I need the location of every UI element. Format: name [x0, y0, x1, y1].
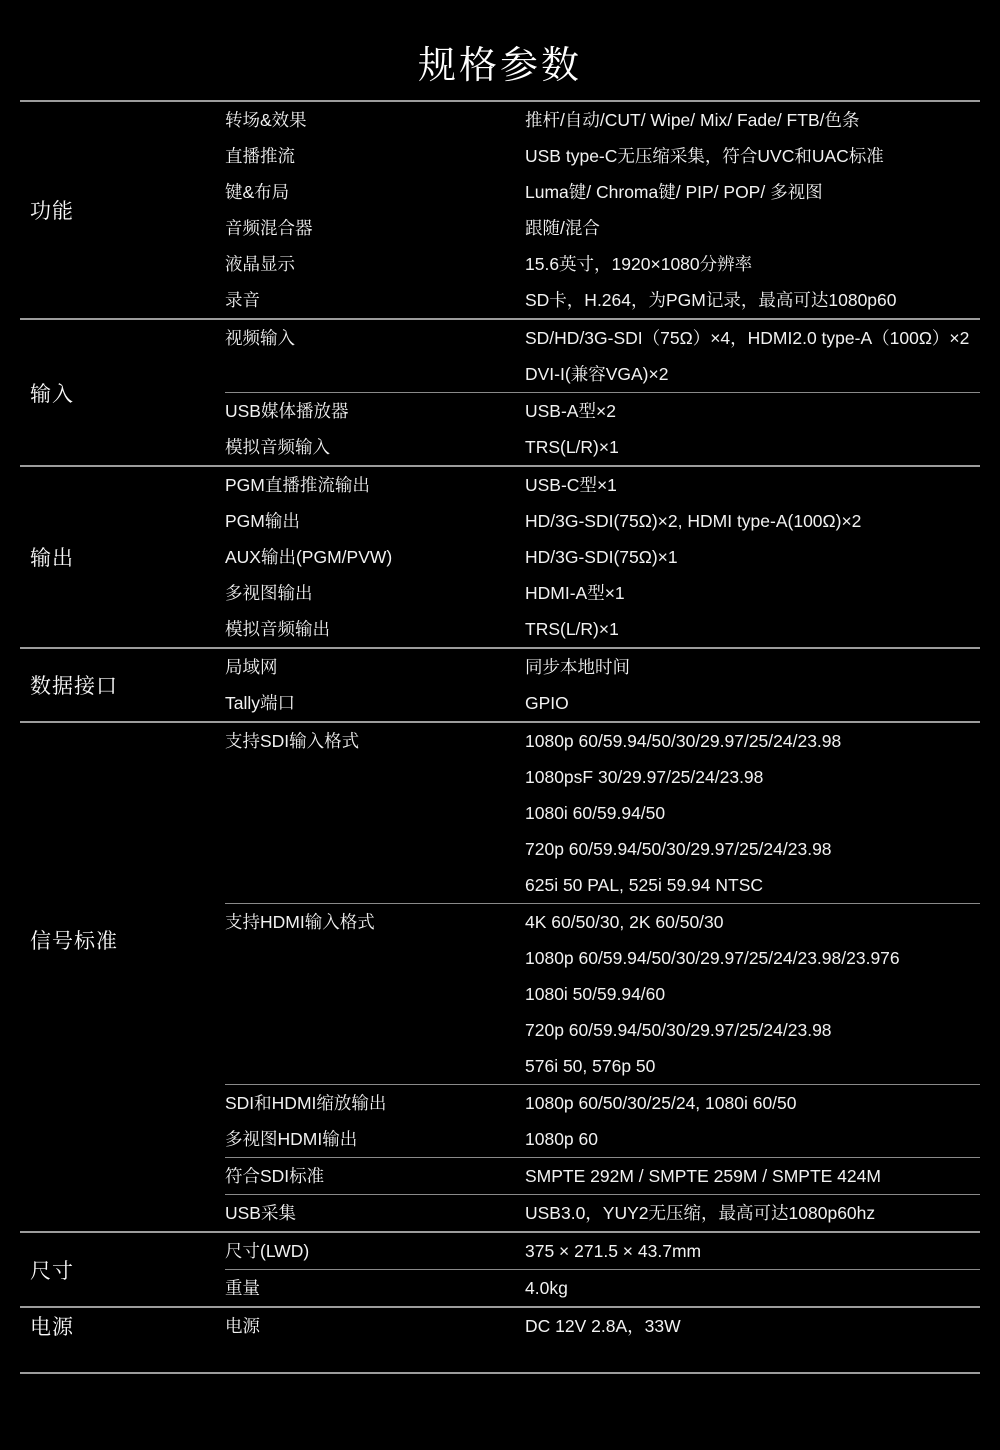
spec-value: 1080p 60/59.94/50/30/29.97/25/24/23.98/2…	[525, 940, 980, 976]
spec-label: 尺寸(LWD)	[225, 1233, 525, 1269]
spec-group: 局域网 同步本地时间 Tally端口 GPIO	[225, 649, 980, 721]
spec-group: 视频输入 SD/HD/3G-SDI（75Ω）×4，HDMI2.0 type-A（…	[225, 320, 980, 392]
section-outputs: 输出 PGM直播推流输出 USB-C型×1 PGM输出 HD/3G-SDI(75…	[20, 465, 980, 647]
spec-value: SMPTE 292M / SMPTE 259M / SMPTE 424M	[525, 1158, 980, 1194]
spec-group: PGM直播推流输出 USB-C型×1 PGM输出 HD/3G-SDI(75Ω)×…	[225, 467, 980, 647]
spec-sheet-page: 规格参数 功能 转场&效果 推杆/自动/CUT/ Wipe/ Mix/ Fade…	[0, 0, 1000, 1450]
spec-label: 模拟音频输入	[225, 429, 525, 465]
spec-group: 支持HDMI输入格式 4K 60/50/30, 2K 60/50/30 1080…	[225, 903, 980, 1084]
spec-value: 1080p 60/50/30/25/24, 1080i 60/50	[525, 1085, 980, 1121]
spec-row: 键&布局 Luma键/ Chroma键/ PIP/ POP/ 多视图	[225, 174, 980, 210]
section-power: 电源 电源 DC 12V 2.8A，33W	[20, 1306, 980, 1344]
spec-value: HD/3G-SDI(75Ω)×1	[525, 539, 980, 575]
spec-row: 视频输入 SD/HD/3G-SDI（75Ω）×4，HDMI2.0 type-A（…	[225, 320, 980, 392]
spec-label: AUX输出(PGM/PVW)	[225, 539, 525, 575]
spec-table: 功能 转场&效果 推杆/自动/CUT/ Wipe/ Mix/ Fade/ FTB…	[20, 100, 980, 1374]
spec-row: PGM输出 HD/3G-SDI(75Ω)×2, HDMI type-A(100Ω…	[225, 503, 980, 539]
spec-value: USB3.0，YUY2无压缩，最高可达1080p60hz	[525, 1195, 980, 1231]
spec-row: PGM直播推流输出 USB-C型×1	[225, 467, 980, 503]
spec-label: SDI和HDMI缩放输出	[225, 1085, 525, 1121]
spec-value: 720p 60/59.94/50/30/29.97/25/24/23.98	[525, 1012, 980, 1048]
spec-group: 转场&效果 推杆/自动/CUT/ Wipe/ Mix/ Fade/ FTB/色条…	[225, 102, 980, 318]
spec-label: 多视图输出	[225, 575, 525, 611]
spec-group: 符合SDI标准 SMPTE 292M / SMPTE 259M / SMPTE …	[225, 1157, 980, 1194]
spec-label: 局域网	[225, 649, 525, 685]
spec-value: 跟随/混合	[525, 210, 980, 246]
spec-value: TRS(L/R)×1	[525, 429, 980, 465]
page-title: 规格参数	[0, 34, 1000, 89]
spec-group: 重量 4.0kg	[225, 1269, 980, 1306]
spec-label: PGM输出	[225, 503, 525, 539]
spec-row: 多视图输出 HDMI-A型×1	[225, 575, 980, 611]
spec-value: Luma键/ Chroma键/ PIP/ POP/ 多视图	[525, 174, 980, 210]
spec-value: 1080p 60/59.94/50/30/29.97/25/24/23.98	[525, 723, 980, 759]
section-category-label: 信号标准	[20, 723, 225, 1231]
spec-row: 尺寸(LWD) 375 × 271.5 × 43.7mm	[225, 1233, 980, 1269]
spec-value: 1080i 60/59.94/50	[525, 795, 980, 831]
spec-row: 符合SDI标准 SMPTE 292M / SMPTE 259M / SMPTE …	[225, 1158, 980, 1194]
section-data-interface: 数据接口 局域网 同步本地时间 Tally端口 GPIO	[20, 647, 980, 721]
spec-group: 尺寸(LWD) 375 × 271.5 × 43.7mm	[225, 1233, 980, 1269]
spec-value: 1080p 60	[525, 1121, 980, 1157]
spec-label: 支持SDI输入格式	[225, 723, 525, 903]
spec-row: SDI和HDMI缩放输出 1080p 60/50/30/25/24, 1080i…	[225, 1085, 980, 1121]
section-category-label: 电源	[20, 1308, 225, 1344]
section-features: 功能 转场&效果 推杆/自动/CUT/ Wipe/ Mix/ Fade/ FTB…	[20, 100, 980, 318]
spec-group: USB媒体播放器 USB-A型×2 模拟音频输入 TRS(L/R)×1	[225, 392, 980, 465]
spec-label: USB采集	[225, 1195, 525, 1231]
spec-value: SD/HD/3G-SDI（75Ω）×4，HDMI2.0 type-A（100Ω）…	[525, 320, 980, 356]
spec-value: USB-C型×1	[525, 467, 980, 503]
spec-row: 局域网 同步本地时间	[225, 649, 980, 685]
spec-label: 多视图HDMI输出	[225, 1121, 525, 1157]
table-bottom-rule	[20, 1372, 980, 1374]
spec-value: DC 12V 2.8A，33W	[525, 1308, 980, 1344]
spec-row: 多视图HDMI输出 1080p 60	[225, 1121, 980, 1157]
spec-group: 支持SDI输入格式 1080p 60/59.94/50/30/29.97/25/…	[225, 723, 980, 903]
spec-label: 电源	[225, 1308, 525, 1344]
spec-row: 转场&效果 推杆/自动/CUT/ Wipe/ Mix/ Fade/ FTB/色条	[225, 102, 980, 138]
spec-group: 电源 DC 12V 2.8A，33W	[225, 1308, 980, 1344]
spec-label: 模拟音频输出	[225, 611, 525, 647]
spec-label: 键&布局	[225, 174, 525, 210]
section-category-label: 数据接口	[20, 649, 225, 721]
section-category-label: 功能	[20, 102, 225, 318]
spec-value: USB-A型×2	[525, 393, 980, 429]
spec-label: USB媒体播放器	[225, 393, 525, 429]
spec-value: 576i 50, 576p 50	[525, 1048, 980, 1084]
spec-row: Tally端口 GPIO	[225, 685, 980, 721]
section-category-label: 尺寸	[20, 1233, 225, 1306]
spec-row: USB采集 USB3.0，YUY2无压缩，最高可达1080p60hz	[225, 1195, 980, 1231]
spec-row: 录音 SD卡，H.264，为PGM记录，最高可达1080p60	[225, 282, 980, 318]
spec-row: 液晶显示 15.6英寸，1920×1080分辨率	[225, 246, 980, 282]
spec-label: 直播推流	[225, 138, 525, 174]
section-inputs: 输入 视频输入 SD/HD/3G-SDI（75Ω）×4，HDMI2.0 type…	[20, 318, 980, 465]
spec-row: 支持HDMI输入格式 4K 60/50/30, 2K 60/50/30 1080…	[225, 904, 980, 1084]
spec-value: 4K 60/50/30, 2K 60/50/30	[525, 904, 980, 940]
spec-row: AUX输出(PGM/PVW) HD/3G-SDI(75Ω)×1	[225, 539, 980, 575]
spec-label: 支持HDMI输入格式	[225, 904, 525, 1084]
spec-value: 15.6英寸，1920×1080分辨率	[525, 246, 980, 282]
spec-row: 直播推流 USB type-C无压缩采集，符合UVC和UAC标准	[225, 138, 980, 174]
section-category-label: 输出	[20, 467, 225, 647]
spec-label: PGM直播推流输出	[225, 467, 525, 503]
spec-value: 625i 50 PAL, 525i 59.94 NTSC	[525, 867, 980, 903]
spec-row: 模拟音频输出 TRS(L/R)×1	[225, 611, 980, 647]
spec-value: SD卡，H.264，为PGM记录，最高可达1080p60	[525, 282, 980, 318]
spec-group: SDI和HDMI缩放输出 1080p 60/50/30/25/24, 1080i…	[225, 1084, 980, 1157]
spec-value: TRS(L/R)×1	[525, 611, 980, 647]
spec-row: 音频混合器 跟随/混合	[225, 210, 980, 246]
spec-label: Tally端口	[225, 685, 525, 721]
spec-row: 支持SDI输入格式 1080p 60/59.94/50/30/29.97/25/…	[225, 723, 980, 903]
spec-label: 视频输入	[225, 320, 525, 392]
spec-label: 重量	[225, 1270, 525, 1306]
spec-value: HD/3G-SDI(75Ω)×2, HDMI type-A(100Ω)×2	[525, 503, 980, 539]
spec-value: 4.0kg	[525, 1270, 980, 1306]
spec-value: 720p 60/59.94/50/30/29.97/25/24/23.98	[525, 831, 980, 867]
section-category-label: 输入	[20, 320, 225, 465]
spec-label: 录音	[225, 282, 525, 318]
spec-value: 1080i 50/59.94/60	[525, 976, 980, 1012]
spec-row: 重量 4.0kg	[225, 1270, 980, 1306]
spec-label: 液晶显示	[225, 246, 525, 282]
spec-label: 转场&效果	[225, 102, 525, 138]
spec-group: USB采集 USB3.0，YUY2无压缩，最高可达1080p60hz	[225, 1194, 980, 1231]
section-signal-standards: 信号标准 支持SDI输入格式 1080p 60/59.94/50/30/29.9…	[20, 721, 980, 1231]
spec-row: 电源 DC 12V 2.8A，33W	[225, 1308, 980, 1344]
spec-value: 1080psF 30/29.97/25/24/23.98	[525, 759, 980, 795]
spec-value: 推杆/自动/CUT/ Wipe/ Mix/ Fade/ FTB/色条	[525, 102, 980, 138]
spec-row: USB媒体播放器 USB-A型×2	[225, 393, 980, 429]
spec-value: USB type-C无压缩采集，符合UVC和UAC标准	[525, 138, 980, 174]
spec-value: GPIO	[525, 685, 980, 721]
spec-value: DVI-I(兼容VGA)×2	[525, 356, 980, 392]
spec-value: 375 × 271.5 × 43.7mm	[525, 1233, 980, 1269]
spec-value: HDMI-A型×1	[525, 575, 980, 611]
spec-value: 同步本地时间	[525, 649, 980, 685]
spec-label: 符合SDI标准	[225, 1158, 525, 1194]
section-dimensions: 尺寸 尺寸(LWD) 375 × 271.5 × 43.7mm 重量 4.0kg	[20, 1231, 980, 1306]
spec-row: 模拟音频输入 TRS(L/R)×1	[225, 429, 980, 465]
spec-label: 音频混合器	[225, 210, 525, 246]
